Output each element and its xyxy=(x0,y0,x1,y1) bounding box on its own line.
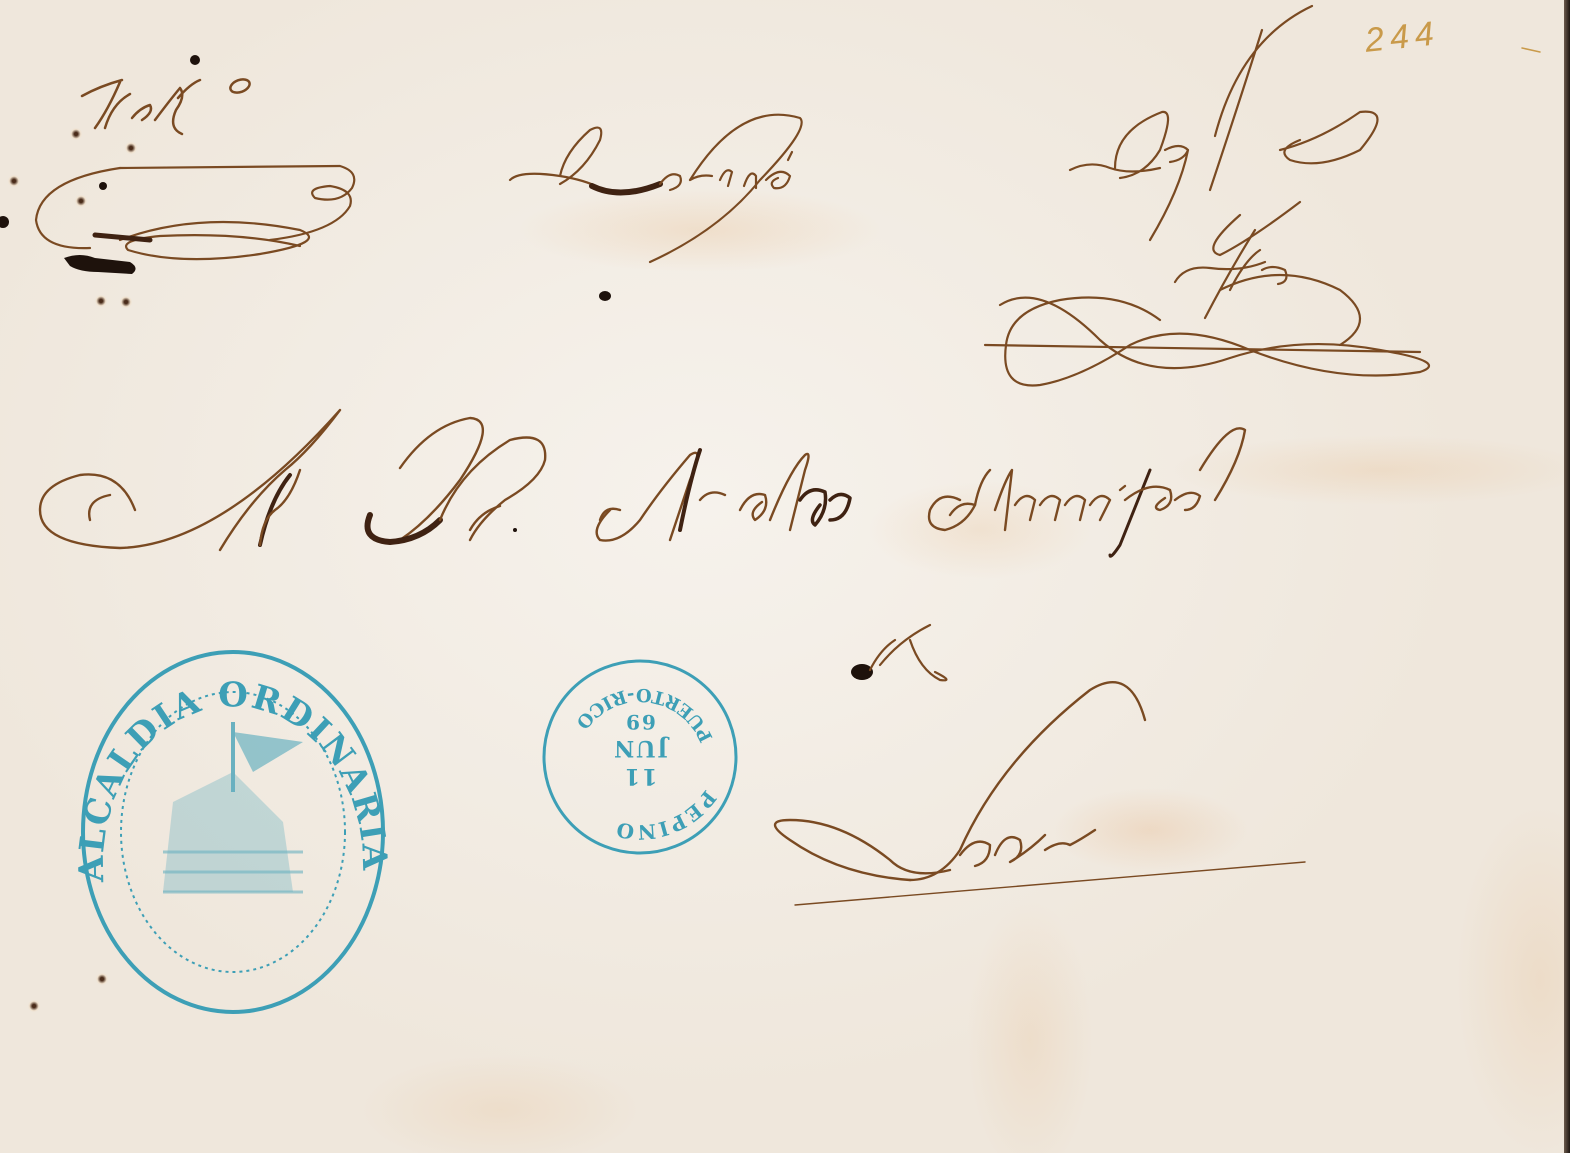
address-line1-al-sr xyxy=(40,410,545,550)
ink-blot xyxy=(851,664,873,680)
address-line1-municipal xyxy=(929,428,1245,556)
postmark-day: 11 xyxy=(623,763,658,789)
address-line3-lares xyxy=(775,682,1305,905)
seal-emblem-icon xyxy=(163,722,303,892)
envelope-cover: 244 V.o B.o De oficio Dn. J. López Al Sr… xyxy=(0,0,1570,1153)
svg-text:PEPINO: PEPINO xyxy=(613,786,721,845)
left-flourish xyxy=(36,166,354,259)
sender-signature xyxy=(985,6,1429,386)
pencil-mark xyxy=(1522,48,1540,52)
address-line2-de xyxy=(870,625,946,680)
address-line1-alcalde xyxy=(597,450,850,541)
ink-dot xyxy=(190,55,200,65)
postmark-year: 69 xyxy=(624,710,656,734)
handwriting-layer: ALCALDIA ORDINARIA DEL PEPINO PEPINO PUE… xyxy=(0,0,1570,1153)
postmark-town: PEPINO xyxy=(613,786,721,845)
postmark-month: JUN xyxy=(612,735,670,761)
vobo-mark xyxy=(82,77,251,134)
ink-blot xyxy=(64,255,136,274)
de-oficio-text xyxy=(510,115,802,262)
ink-dot xyxy=(599,291,611,301)
postmark: PEPINO PUERTO-RICO 11 JUN 69 xyxy=(544,661,736,853)
municipal-seal: ALCALDIA ORDINARIA DEL PEPINO xyxy=(72,652,395,1012)
ink-dot xyxy=(99,182,107,190)
ink-dot xyxy=(0,216,9,228)
